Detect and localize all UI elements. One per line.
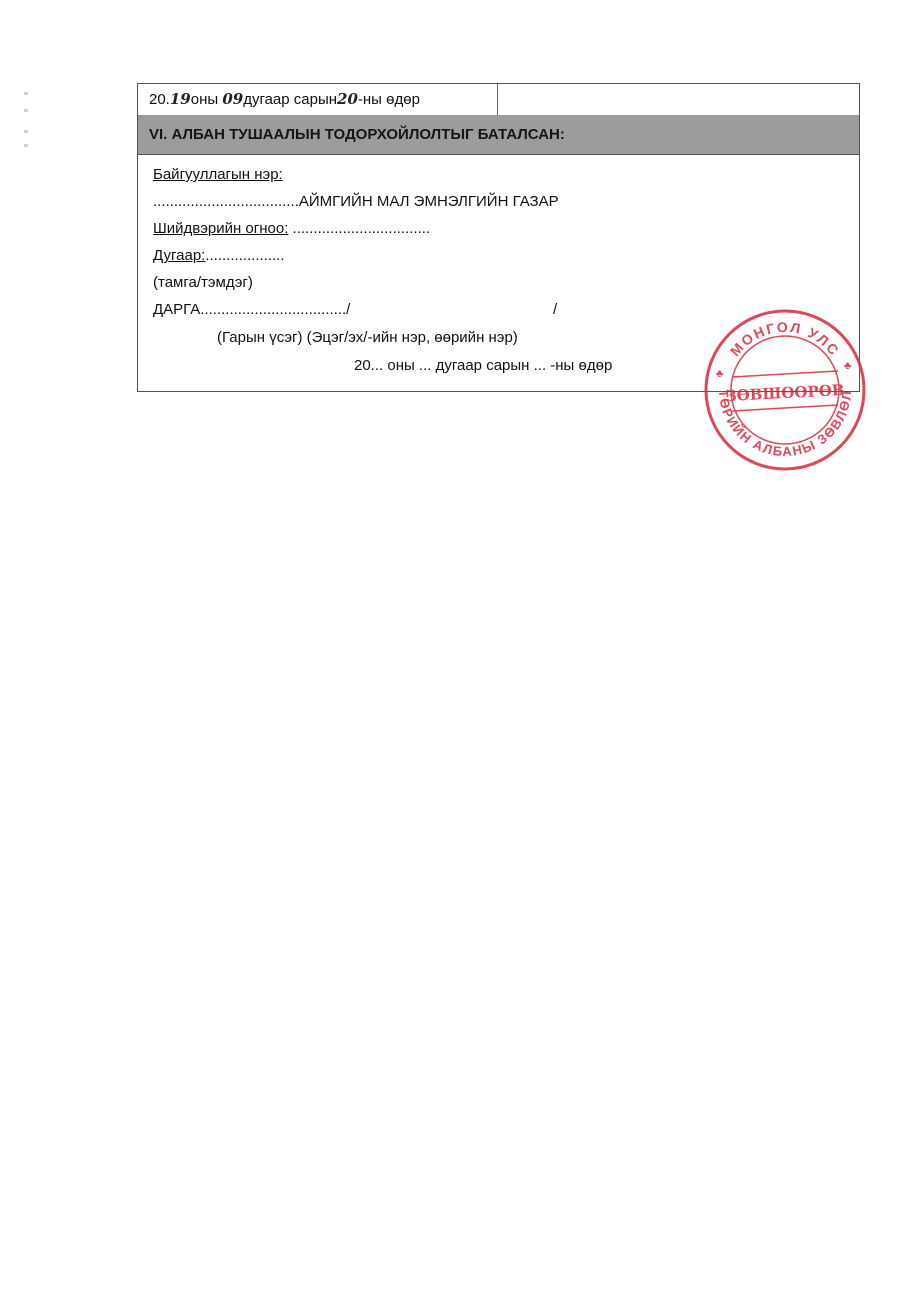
seal-note: (тамга/тэмдэг): [153, 274, 253, 291]
org-name-value: ...................................АЙМГИ…: [153, 193, 559, 210]
scan-artifact: [24, 144, 28, 147]
decision-date-label: Шийдвэрийн огноо:: [153, 220, 288, 237]
stamp-ornament-icon: ♣: [844, 360, 851, 372]
signature-caption: (Гарын үсэг) (Эцэг/эх/-ийн нэр, өөрийн н…: [217, 329, 518, 346]
director-line: ДАРГА...................................…: [153, 301, 350, 318]
stamp-ornament-icon: ♣: [716, 368, 723, 380]
date-row: 20.19оны 09дугаар сарын20-ны өдөр: [138, 84, 859, 116]
handwritten-day: 20: [337, 90, 358, 108]
date-part2: дугаар сарын: [243, 91, 337, 108]
org-name-label: Байгууллагын нэр:: [153, 166, 283, 183]
handwritten-month: 09: [222, 90, 243, 108]
stamp-top-text: МОНГОЛ УЛС: [727, 319, 843, 359]
number-line: Дугаар:...................: [153, 247, 285, 264]
date-cell: 20.19оны 09дугаар сарын20-ны өдөр: [138, 84, 498, 115]
number-label: Дугаар:: [153, 247, 205, 264]
date-part1: оны: [191, 91, 223, 108]
scan-artifact: [24, 92, 28, 95]
decision-date-line: Шийдвэрийн огноо: ......................…: [153, 220, 430, 237]
section-header: VI. АЛБАН ТУШААЛЫН ТОДОРХОЙЛОЛТЫГ БАТАЛС…: [138, 115, 859, 155]
decision-date-value: .................................: [288, 220, 430, 237]
scan-artifact: [24, 109, 28, 112]
handwritten-year: 19: [170, 90, 191, 108]
scan-artifact: [24, 130, 28, 133]
official-stamp: МОНГОЛ УЛС ТӨРИЙН АЛБАНЫ ЗӨВЛӨЛ ЗӨВШӨӨРӨ…: [702, 307, 868, 473]
date-template: 20... оны ... дугаар сарын ... -ны өдөр: [354, 357, 612, 374]
date-suffix: -ны өдөр: [358, 91, 420, 108]
date-prefix: 20.: [149, 91, 170, 108]
number-value: ...................: [205, 247, 284, 264]
director-slash: /: [553, 301, 557, 318]
stamp-center-text: ЗӨВШӨӨРӨВ: [725, 381, 845, 405]
